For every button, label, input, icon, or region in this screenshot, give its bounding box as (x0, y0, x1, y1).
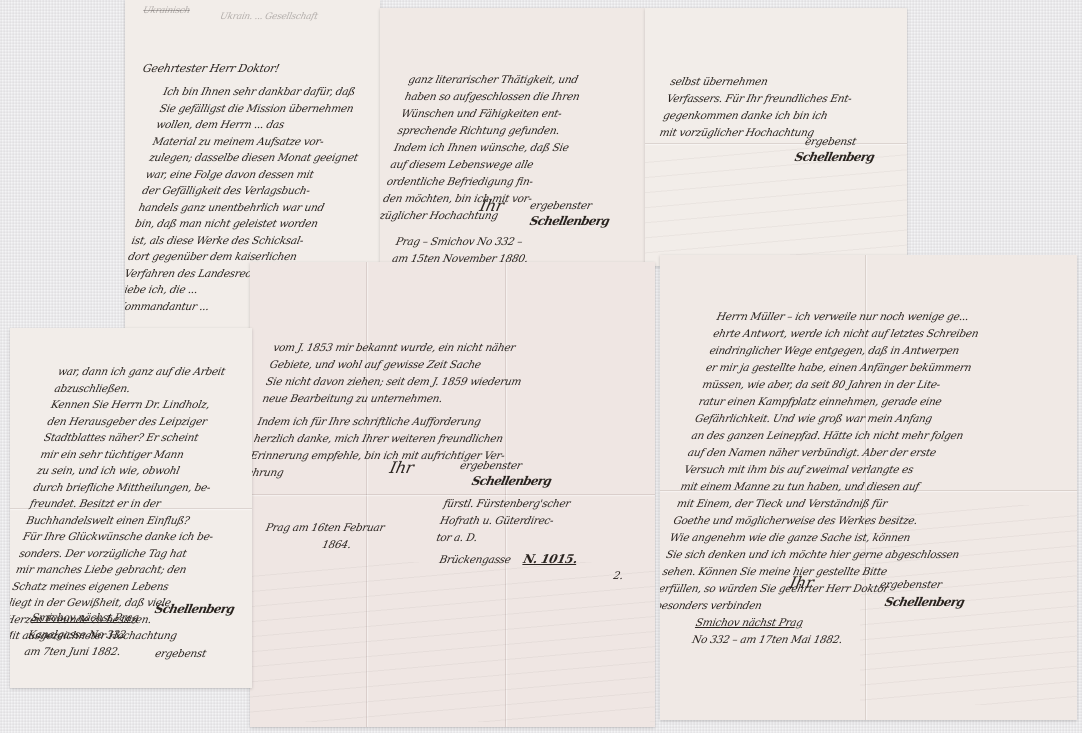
letter-top-middle-closing: ergebenster (528, 198, 593, 215)
letter-bottom-middle: vom J. 1853 mir bekannt wurde, ein nicht… (250, 262, 655, 727)
letter-top-middle-signature: Schellenberg (529, 214, 611, 228)
letter-bottom-middle-closing-prefix: Ihr (388, 458, 415, 477)
letter-top-right-body: selbst übernehmen Verfassers. Für Ihr fr… (658, 74, 857, 142)
letter-bottom-right-closing: ergebenster (878, 577, 943, 594)
letter-bottom-left-footer: Smichov nächst Prag Kanalgasse No 332 am… (23, 610, 141, 661)
letter-top-right-closing: ergebenst (803, 134, 857, 151)
fold-line (250, 494, 655, 495)
letter-bottom-middle-title: fürstl. Fürstenberg'scher Hofrath u. Güt… (435, 496, 572, 547)
letter-bottom-middle-signature: Schellenberg (471, 474, 553, 488)
letter-top-right-signature: Schellenberg (794, 150, 876, 164)
letter-bottom-right-signature: Schellenberg (884, 595, 966, 609)
show-through-writing (250, 562, 655, 722)
letter-bottom-right-closing-prefix: Ihr (788, 573, 815, 592)
letter-top-middle-closing-prefix: Ihr (478, 196, 505, 215)
letter-bottom-left-signature-text: Schellenberg (154, 602, 236, 616)
letter-bottom-middle-closing: ergebenster (458, 458, 523, 475)
letter-bottom-middle-place-date: Prag am 16ten Februar 1864. (260, 520, 385, 554)
letter-top-right: selbst übernehmen Verfassers. Für Ihr fr… (645, 8, 907, 266)
letter-top-middle: ganz literarischer Thätigkeit, und haben… (380, 8, 645, 270)
letter-bottom-left-closing-text: ergebenst (153, 646, 207, 663)
fold-line (645, 143, 907, 144)
letter-bottom-middle-address: Brückengasse N. 1015. (438, 548, 580, 567)
letter-bottom-right: Herrn Müller – ich verweile nur noch wen… (660, 255, 1077, 720)
letter-top-left-salutation: Geehrtester Herr Doktor! (141, 60, 281, 77)
letter-top-left-header-note: Ukrain. ... Gesellschaft (219, 12, 319, 23)
letter-bottom-right-address: Smichov nächst Prag No 332 – am 17ten Ma… (690, 615, 847, 649)
letter-top-left-header: Ukrainisch (142, 6, 191, 17)
show-through-writing (645, 148, 907, 266)
